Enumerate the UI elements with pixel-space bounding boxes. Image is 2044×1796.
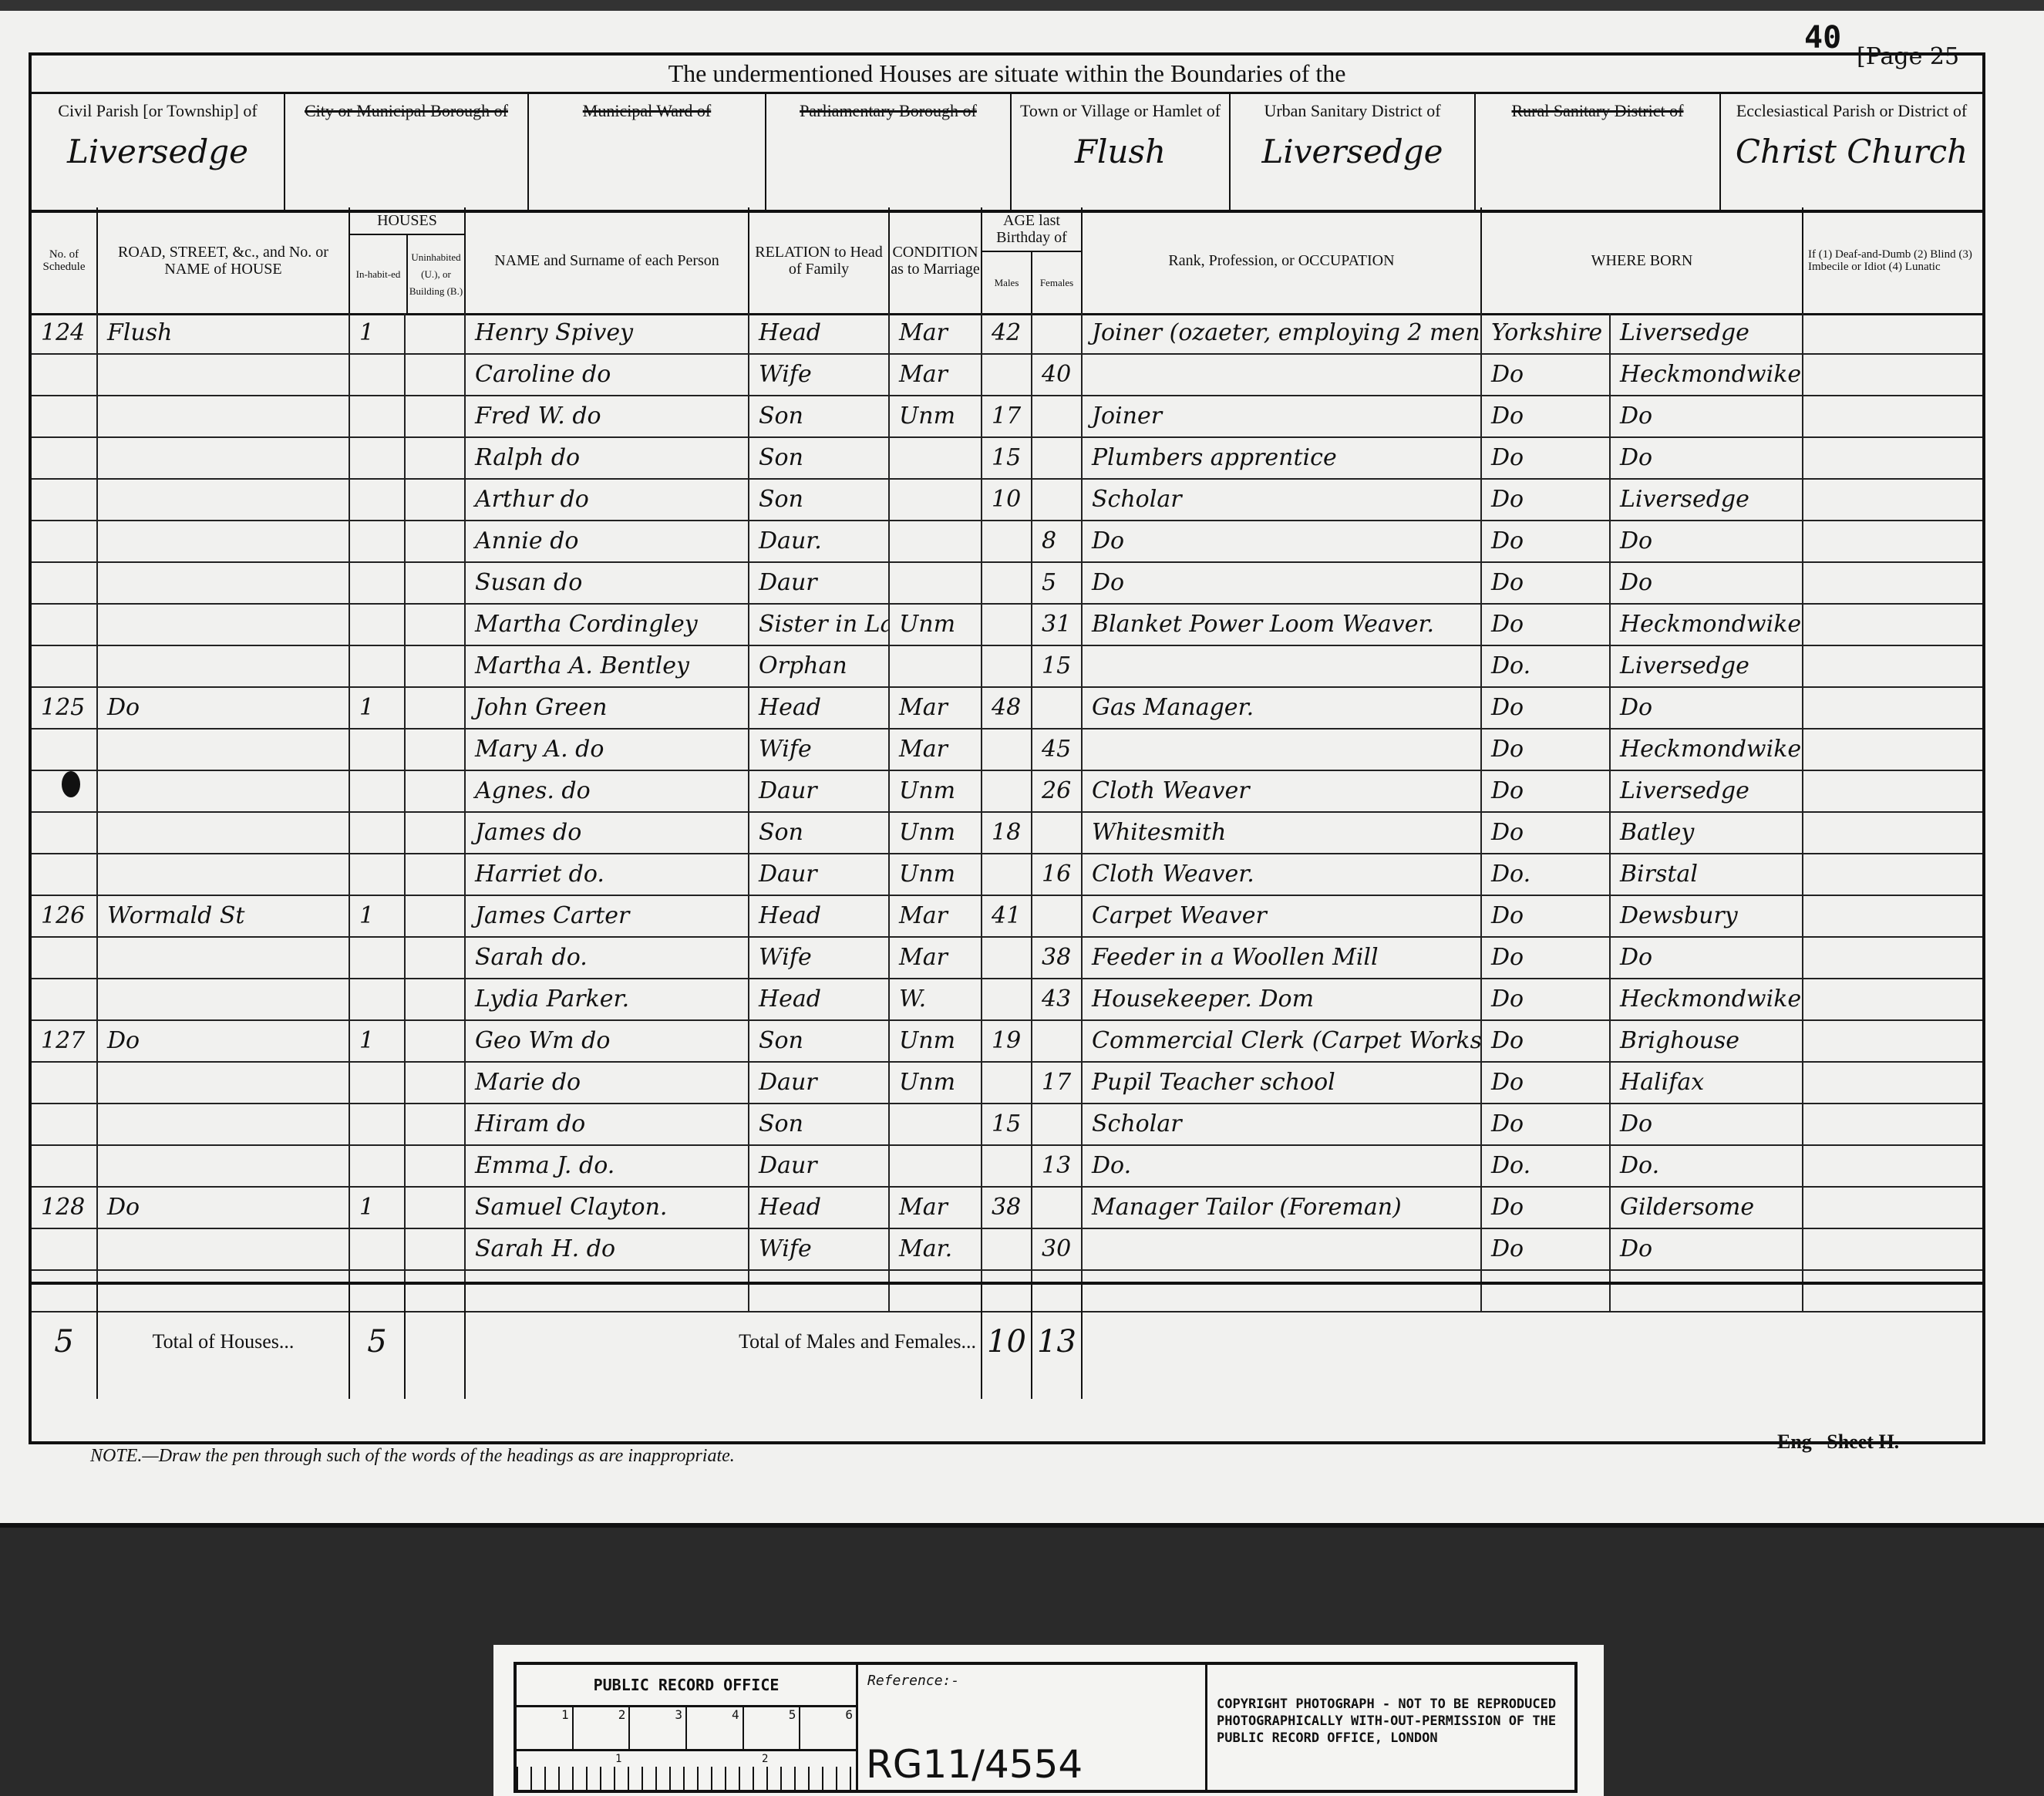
road-cell xyxy=(98,1104,350,1144)
condition-cell xyxy=(890,563,982,603)
header-infirmity: If (1) Deaf-and-Dumb (2) Blind (3) Imbec… xyxy=(1803,207,1982,313)
header-houses: HOUSES In-habit-ed Uninhabited (U.), or … xyxy=(350,207,466,313)
boundary-municipal-borough: City or Municipal Borough of xyxy=(285,94,529,210)
male-age-cell: 41 xyxy=(982,896,1032,936)
male-age-cell xyxy=(982,938,1032,978)
header-condition: CONDITION as to Marriage xyxy=(890,207,982,313)
name-cell: James do xyxy=(466,813,749,853)
born-county-cell: Do xyxy=(1482,813,1611,853)
relation-cell: Son xyxy=(749,1021,890,1061)
uninhabited-cell xyxy=(406,1104,466,1144)
born-county-cell: Do xyxy=(1482,730,1611,770)
schedule-cell xyxy=(32,355,98,395)
condition-cell xyxy=(890,1146,982,1186)
born-place-cell: Halifax xyxy=(1611,1063,1803,1103)
road-cell xyxy=(98,646,350,686)
born-place-cell: Heckmondwike xyxy=(1611,355,1803,395)
uninhabited-cell xyxy=(406,771,466,811)
male-age-cell: 15 xyxy=(982,1104,1032,1144)
schedule-cell xyxy=(32,730,98,770)
table-row: Martha A. BentleyOrphan15Do.Liversedge xyxy=(32,646,1982,688)
inhabited-cell: 1 xyxy=(350,1021,406,1061)
female-age-cell xyxy=(1032,438,1083,478)
uninhabited-cell xyxy=(406,605,466,645)
infirmity-cell xyxy=(1803,896,1982,936)
male-age-cell xyxy=(982,1146,1032,1186)
occupation-cell: Feeder in a Woollen Mill xyxy=(1083,938,1482,978)
condition-cell: Mar xyxy=(890,730,982,770)
uninhabited-cell xyxy=(406,688,466,728)
boundary-civil-parish: Civil Parish [or Township] of Liversedge xyxy=(32,94,285,210)
boundary-value: Flush xyxy=(1012,133,1229,170)
condition-cell: Unm xyxy=(890,1063,982,1103)
road-cell: Do xyxy=(98,1021,350,1061)
name-cell: Mary A. do xyxy=(466,730,749,770)
inhabited-cell xyxy=(350,1146,406,1186)
born-county-cell: Do xyxy=(1482,605,1611,645)
condition-cell: Mar. xyxy=(890,1229,982,1269)
inhabited-cell: 1 xyxy=(350,313,406,353)
infirmity-cell xyxy=(1803,438,1982,478)
boundary-municipal-ward: Municipal Ward of xyxy=(529,94,766,210)
boundary-parliamentary-borough: Parliamentary Borough of xyxy=(766,94,1012,210)
female-age-cell xyxy=(1032,896,1083,936)
total-schedules: 5 xyxy=(32,1285,98,1399)
uninhabited-cell xyxy=(406,313,466,353)
totals-row: 5 Total of Houses... 5 Total of Males an… xyxy=(32,1282,1982,1399)
relation-cell: Orphan xyxy=(749,646,890,686)
uninhabited-cell xyxy=(406,730,466,770)
condition-cell xyxy=(890,1104,982,1144)
condition-cell: Unm xyxy=(890,771,982,811)
name-cell: Ralph do xyxy=(466,438,749,478)
relation-cell: Son xyxy=(749,813,890,853)
table-row: Ralph doSon15Plumbers apprenticeDoDo xyxy=(32,438,1982,480)
condition-cell xyxy=(890,480,982,520)
infirmity-cell xyxy=(1803,355,1982,395)
infirmity-cell xyxy=(1803,979,1982,1019)
inhabited-cell xyxy=(350,563,406,603)
relation-cell: Head xyxy=(749,688,890,728)
census-rows: 124Flush1Henry SpiveyHeadMar42Joiner (oz… xyxy=(32,313,1982,1312)
uninhabited-cell xyxy=(406,1063,466,1103)
condition-cell: Unm xyxy=(890,854,982,895)
name-cell: Arthur do xyxy=(466,480,749,520)
male-age-cell: 19 xyxy=(982,1021,1032,1061)
boundary-hamlet: Town or Village or Hamlet of Flush xyxy=(1012,94,1231,210)
boundary-rural-sanitary: Rural Sanitary District of xyxy=(1476,94,1721,210)
born-county-cell: Do xyxy=(1482,396,1611,436)
infirmity-cell xyxy=(1803,563,1982,603)
occupation-cell xyxy=(1083,646,1482,686)
relation-cell: Daur xyxy=(749,854,890,895)
male-age-cell xyxy=(982,1063,1032,1103)
inhabited-cell xyxy=(350,355,406,395)
uninhabited-cell xyxy=(406,646,466,686)
schedule-cell xyxy=(32,1146,98,1186)
male-age-cell xyxy=(982,771,1032,811)
boundary-value: Liversedge xyxy=(32,133,284,170)
born-place-cell: Heckmondwike xyxy=(1611,979,1803,1019)
occupation-cell: Do. xyxy=(1083,1146,1482,1186)
table-row: Agnes. doDaurUnm26Cloth WeaverDoLiversed… xyxy=(32,771,1982,813)
census-page: 40 [Page 25 The undermentioned Houses ar… xyxy=(0,0,2044,1528)
schedule-cell: 128 xyxy=(32,1188,98,1228)
female-age-cell: 15 xyxy=(1032,646,1083,686)
infirmity-cell xyxy=(1803,1063,1982,1103)
male-age-cell xyxy=(982,521,1032,561)
infirmity-cell xyxy=(1803,646,1982,686)
uninhabited-cell xyxy=(406,521,466,561)
inch-ruler: 1 2 xyxy=(517,1751,856,1790)
female-age-cell: 13 xyxy=(1032,1146,1083,1186)
boundary-value: Liversedge xyxy=(1231,133,1474,170)
name-cell: Annie do xyxy=(466,521,749,561)
road-cell xyxy=(98,979,350,1019)
male-age-cell xyxy=(982,730,1032,770)
uninhabited-cell xyxy=(406,396,466,436)
road-cell xyxy=(98,813,350,853)
uninhabited-cell xyxy=(406,1146,466,1186)
relation-cell: Head xyxy=(749,1188,890,1228)
uninhabited-cell xyxy=(406,979,466,1019)
road-cell xyxy=(98,605,350,645)
header-road: ROAD, STREET, &c., and No. or NAME of HO… xyxy=(98,207,350,313)
female-age-cell: 26 xyxy=(1032,771,1083,811)
total-persons-label: Total of Males and Females... xyxy=(466,1285,982,1399)
infirmity-cell xyxy=(1803,938,1982,978)
born-county-cell: Do xyxy=(1482,563,1611,603)
born-place-cell: Do xyxy=(1611,1104,1803,1144)
table-row: James doSonUnm18WhitesmithDoBatley xyxy=(32,813,1982,854)
relation-cell: Son xyxy=(749,480,890,520)
relation-cell: Daur. xyxy=(749,521,890,561)
occupation-cell: Carpet Weaver xyxy=(1083,896,1482,936)
boundary-urban-sanitary: Urban Sanitary District of Liversedge xyxy=(1231,94,1476,210)
occupation-cell: Whitesmith xyxy=(1083,813,1482,853)
relation-cell: Wife xyxy=(749,1229,890,1269)
name-cell: Sarah H. do xyxy=(466,1229,749,1269)
relation-cell: Wife xyxy=(749,355,890,395)
female-age-cell xyxy=(1032,1188,1083,1228)
name-cell: Geo Wm do xyxy=(466,1021,749,1061)
copyright-notice: COPYRIGHT PHOTOGRAPH - NOT TO BE REPRODU… xyxy=(1207,1665,1574,1790)
name-cell: Emma J. do. xyxy=(466,1146,749,1186)
condition-cell: Unm xyxy=(890,396,982,436)
inhabited-cell xyxy=(350,396,406,436)
female-age-cell: 16 xyxy=(1032,854,1083,895)
schedule-cell xyxy=(32,938,98,978)
inhabited-cell xyxy=(350,730,406,770)
male-age-cell xyxy=(982,854,1032,895)
road-cell xyxy=(98,771,350,811)
born-county-cell: Do xyxy=(1482,1229,1611,1269)
born-county-cell: Do xyxy=(1482,1104,1611,1144)
table-row: Annie doDaur.8DoDoDo xyxy=(32,521,1982,563)
table-row: Mary A. doWifeMar45DoHeckmondwike xyxy=(32,730,1982,771)
condition-cell: Unm xyxy=(890,813,982,853)
table-row: Emma J. do.Daur13Do.Do.Do. xyxy=(32,1146,1982,1188)
inhabited-cell xyxy=(350,646,406,686)
schedule-cell: 127 xyxy=(32,1021,98,1061)
condition-cell: Mar xyxy=(890,1188,982,1228)
schedule-cell: 126 xyxy=(32,896,98,936)
born-place-cell: Do xyxy=(1611,396,1803,436)
uninhabited-cell xyxy=(406,563,466,603)
uninhabited-cell xyxy=(406,813,466,853)
header-inhabited: In-habit-ed xyxy=(350,235,408,313)
occupation-cell xyxy=(1083,1229,1482,1269)
born-county-cell: Do xyxy=(1482,355,1611,395)
road-cell xyxy=(98,854,350,895)
road-cell xyxy=(98,438,350,478)
male-age-cell xyxy=(982,646,1032,686)
name-cell: John Green xyxy=(466,688,749,728)
male-age-cell: 38 xyxy=(982,1188,1032,1228)
born-county-cell: Do xyxy=(1482,1021,1611,1061)
header-name: NAME and Surname of each Person xyxy=(466,207,749,313)
name-cell: Fred W. do xyxy=(466,396,749,436)
name-cell: James Carter xyxy=(466,896,749,936)
schedule-cell xyxy=(32,480,98,520)
inhabited-cell: 1 xyxy=(350,896,406,936)
inhabited-cell xyxy=(350,521,406,561)
header-occupation: Rank, Profession, or OCCUPATION xyxy=(1083,207,1482,313)
table-row: Caroline doWifeMar40DoHeckmondwike xyxy=(32,355,1982,396)
uninhabited-cell xyxy=(406,355,466,395)
header-age: AGE last Birthday of Males Females xyxy=(982,207,1083,313)
condition-cell: Unm xyxy=(890,1021,982,1061)
male-age-cell: 15 xyxy=(982,438,1032,478)
relation-cell: Son xyxy=(749,1104,890,1144)
condition-cell: Mar xyxy=(890,938,982,978)
occupation-cell: Gas Manager. xyxy=(1083,688,1482,728)
born-place-cell: Liversedge xyxy=(1611,313,1803,353)
road-cell xyxy=(98,480,350,520)
relation-cell: Wife xyxy=(749,730,890,770)
road-cell: Do xyxy=(98,688,350,728)
occupation-cell: Do xyxy=(1083,521,1482,561)
name-cell: Susan do xyxy=(466,563,749,603)
inhabited-cell xyxy=(350,480,406,520)
inhabited-cell xyxy=(350,1063,406,1103)
name-cell: Martha Cordingley xyxy=(466,605,749,645)
born-county-cell: Do xyxy=(1482,480,1611,520)
condition-cell xyxy=(890,521,982,561)
born-county-cell: Do xyxy=(1482,438,1611,478)
born-place-cell: Do. xyxy=(1611,1146,1803,1186)
road-cell xyxy=(98,396,350,436)
born-place-cell: Do xyxy=(1611,563,1803,603)
born-place-cell: Heckmondwike xyxy=(1611,730,1803,770)
boundaries-row: Civil Parish [or Township] of Liversedge… xyxy=(32,92,1982,213)
name-cell: Martha A. Bentley xyxy=(466,646,749,686)
table-row: Susan doDaur5DoDoDo xyxy=(32,563,1982,605)
born-place-cell: Heckmondwike xyxy=(1611,605,1803,645)
table-row: Lydia Parker.HeadW.43Housekeeper. DomDoH… xyxy=(32,979,1982,1021)
table-row: Sarah do.WifeMar38Feeder in a Woollen Mi… xyxy=(32,938,1982,979)
infirmity-cell xyxy=(1803,730,1982,770)
uninhabited-cell xyxy=(406,1021,466,1061)
road-cell xyxy=(98,1063,350,1103)
total-houses: 5 xyxy=(350,1285,406,1399)
female-age-cell: 45 xyxy=(1032,730,1083,770)
female-age-cell xyxy=(1032,1021,1083,1061)
inhabited-cell xyxy=(350,438,406,478)
folio-number: 40 xyxy=(1804,20,1841,56)
total-females: 13 xyxy=(1032,1285,1083,1399)
sheet-label: Eng– Sheet H. xyxy=(1777,1430,1899,1454)
road-cell xyxy=(98,355,350,395)
born-county-cell: Do xyxy=(1482,521,1611,561)
schedule-cell xyxy=(32,646,98,686)
inhabited-cell: 1 xyxy=(350,1188,406,1228)
born-place-cell: Do xyxy=(1611,1229,1803,1269)
road-cell xyxy=(98,730,350,770)
table-row: 125Do1John GreenHeadMar48Gas Manager.DoD… xyxy=(32,688,1982,730)
born-place-cell: Do xyxy=(1611,688,1803,728)
schedule-cell xyxy=(32,1229,98,1269)
uninhabited-cell xyxy=(406,1229,466,1269)
uninhabited-cell xyxy=(406,480,466,520)
uninhabited-cell xyxy=(406,1188,466,1228)
cm-ruler: 1 2 3 4 5 6 xyxy=(517,1707,856,1751)
relation-cell: Head xyxy=(749,313,890,353)
condition-cell: Mar xyxy=(890,896,982,936)
reference-label: Reference:- xyxy=(867,1673,959,1689)
inhabited-cell xyxy=(350,771,406,811)
infirmity-cell xyxy=(1803,521,1982,561)
male-age-cell xyxy=(982,605,1032,645)
occupation-cell: Joiner xyxy=(1083,396,1482,436)
female-age-cell xyxy=(1032,688,1083,728)
born-county-cell: Do xyxy=(1482,979,1611,1019)
schedule-cell xyxy=(32,813,98,853)
male-age-cell xyxy=(982,979,1032,1019)
infirmity-cell xyxy=(1803,854,1982,895)
inhabited-cell xyxy=(350,979,406,1019)
uninhabited-cell xyxy=(406,854,466,895)
infirmity-cell xyxy=(1803,771,1982,811)
relation-cell: Sister in Law xyxy=(749,605,890,645)
male-age-cell xyxy=(982,1229,1032,1269)
table-row: 126Wormald St1James CarterHeadMar41Carpe… xyxy=(32,896,1982,938)
born-county-cell: Do xyxy=(1482,1063,1611,1103)
born-county-cell: Do xyxy=(1482,688,1611,728)
condition-cell: Mar xyxy=(890,313,982,353)
female-age-cell: 40 xyxy=(1032,355,1083,395)
schedule-cell: 124 xyxy=(32,313,98,353)
road-cell: Flush xyxy=(98,313,350,353)
born-county-cell: Do xyxy=(1482,1188,1611,1228)
infirmity-cell xyxy=(1803,1229,1982,1269)
schedule-cell: 125 xyxy=(32,688,98,728)
occupation-cell: Commercial Clerk (Carpet Works) xyxy=(1083,1021,1482,1061)
female-age-cell: 43 xyxy=(1032,979,1083,1019)
condition-cell xyxy=(890,438,982,478)
born-place-cell: Batley xyxy=(1611,813,1803,853)
born-county-cell: Do. xyxy=(1482,1146,1611,1186)
name-cell: Agnes. do xyxy=(466,771,749,811)
schedule-cell xyxy=(32,605,98,645)
infirmity-cell xyxy=(1803,313,1982,353)
header-where-born: WHERE BORN xyxy=(1482,207,1803,313)
born-county-cell: Yorkshire xyxy=(1482,313,1611,353)
table-row: 127Do1Geo Wm doSonUnm19Commercial Clerk … xyxy=(32,1021,1982,1063)
female-age-cell: 31 xyxy=(1032,605,1083,645)
boundary-ecclesiastical: Ecclesiastical Parish or District of Chr… xyxy=(1721,94,1982,210)
born-place-cell: Brighouse xyxy=(1611,1021,1803,1061)
female-age-cell xyxy=(1032,1104,1083,1144)
table-row: Fred W. doSonUnm17JoinerDoDo xyxy=(32,396,1982,438)
pro-label: PUBLIC RECORD OFFICE 1 2 3 4 5 6 1 2 Ref… xyxy=(493,1645,1604,1796)
table-row: 128Do1Samuel Clayton.HeadMar38Manager Ta… xyxy=(32,1188,1982,1229)
born-place-cell: Do xyxy=(1611,521,1803,561)
female-age-cell: 30 xyxy=(1032,1229,1083,1269)
condition-cell xyxy=(890,646,982,686)
male-age-cell: 17 xyxy=(982,396,1032,436)
relation-cell: Son xyxy=(749,438,890,478)
road-cell xyxy=(98,938,350,978)
relation-cell: Son xyxy=(749,396,890,436)
name-cell: Samuel Clayton. xyxy=(466,1188,749,1228)
schedule-cell xyxy=(32,396,98,436)
inhabited-cell xyxy=(350,938,406,978)
uninhabited-cell xyxy=(406,938,466,978)
schedule-cell xyxy=(32,563,98,603)
born-county-cell: Do. xyxy=(1482,646,1611,686)
uninhabited-cell xyxy=(406,438,466,478)
schedule-cell xyxy=(32,979,98,1019)
relation-cell: Daur xyxy=(749,1146,890,1186)
pro-office-title: PUBLIC RECORD OFFICE xyxy=(517,1665,856,1707)
table-row: Martha CordingleySister in LawUnm31Blank… xyxy=(32,605,1982,646)
relation-cell: Daur xyxy=(749,563,890,603)
male-age-cell xyxy=(982,563,1032,603)
born-place-cell: Gildersome xyxy=(1611,1188,1803,1228)
male-age-cell: 18 xyxy=(982,813,1032,853)
born-place-cell: Birstal xyxy=(1611,854,1803,895)
table-row: Hiram doSon15ScholarDoDo xyxy=(32,1104,1982,1146)
form-note: NOTE.—Draw the pen through such of the w… xyxy=(90,1446,735,1467)
occupation-cell: Do xyxy=(1083,563,1482,603)
table-row: 124Flush1Henry SpiveyHeadMar42Joiner (oz… xyxy=(32,313,1982,355)
infirmity-cell xyxy=(1803,605,1982,645)
name-cell: Harriet do. xyxy=(466,854,749,895)
female-age-cell xyxy=(1032,313,1083,353)
road-cell: Do xyxy=(98,1188,350,1228)
infirmity-cell xyxy=(1803,1188,1982,1228)
table-row: Sarah H. doWifeMar.30DoDo xyxy=(32,1229,1982,1271)
inhabited-cell xyxy=(350,1229,406,1269)
total-houses-label: Total of Houses... xyxy=(98,1285,350,1399)
occupation-cell: Cloth Weaver. xyxy=(1083,854,1482,895)
header-schedule: No. of Schedule xyxy=(32,207,98,313)
occupation-cell xyxy=(1083,730,1482,770)
occupation-cell: Pupil Teacher school xyxy=(1083,1063,1482,1103)
born-place-cell: Liversedge xyxy=(1611,646,1803,686)
road-cell xyxy=(98,521,350,561)
female-age-cell: 38 xyxy=(1032,938,1083,978)
header-males: Males xyxy=(982,252,1032,313)
inhabited-cell xyxy=(350,813,406,853)
born-place-cell: Liversedge xyxy=(1611,771,1803,811)
female-age-cell: 8 xyxy=(1032,521,1083,561)
name-cell: Marie do xyxy=(466,1063,749,1103)
table-row: Harriet do.DaurUnm16Cloth Weaver.Do.Birs… xyxy=(32,854,1982,896)
male-age-cell: 10 xyxy=(982,480,1032,520)
born-place-cell: Do xyxy=(1611,438,1803,478)
